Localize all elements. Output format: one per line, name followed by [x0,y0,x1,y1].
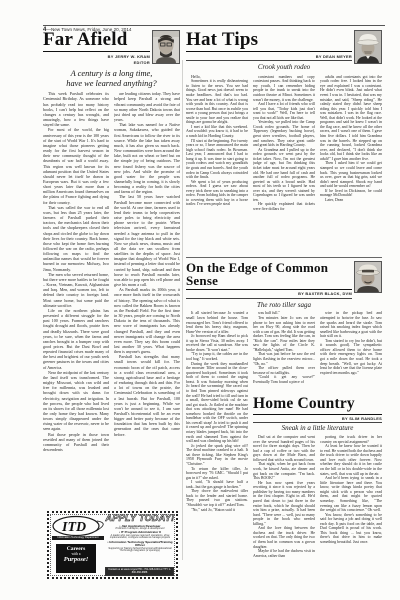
itd-logo-subtext: Information Technology Department [52,536,104,540]
right-column-group: Hat Tips BY DEAN MEYER Crook y [186,30,382,580]
common-sense-section: On the Edge of Common Sense BY BAXTER BL… [186,257,382,580]
far-afield-byline2: EDITOR [43,60,150,65]
hat-tips-title: Hat Tips [186,30,352,49]
job-desc: Supporting & Training School Personnel w… [105,548,175,554]
title-rule [253,414,382,415]
home-country-header: Home Country BY SLIM RANDLES [253,396,382,423]
careers-badge: Careerswith aPurpose! [56,544,96,573]
common-sense-col3: wire in the pickup bed and attempted to … [320,311,382,394]
home-country-section: Home Country BY SLIM RANDLES Sneak in a … [253,396,382,580]
far-afield-headline: A century is a long time, have we learne… [43,69,180,88]
ad-job-item: • IT Program Administrator II A leader w… [105,531,175,540]
home-country-col1: Dad sat at the computer and went over th… [253,435,315,580]
ad-apply-headline: APPLY TODAY! [105,514,175,524]
home-country-title: Home Country [253,396,382,412]
itd-logo-graphic: ITD [52,515,104,537]
black-photo [354,261,382,293]
column-divider [182,60,183,560]
common-sense-title: On the Edge of Common Sense [186,261,352,287]
home-country-col2: porting the truck driver in her country … [320,435,382,580]
common-sense-body: It all started because Jo wanted a small… [186,311,382,580]
ad-right-panel: APPLY TODAY! • .Net Application Develope… [105,514,175,576]
common-sense-col1: It all started because Jo wanted a small… [186,311,248,565]
far-afield-col2: are leading citizens today. They have he… [114,91,180,506]
home-country-body: Dad sat at the computer and went over th… [253,435,382,580]
hat-tips-header: Hat Tips BY DEAN MEYER [186,30,382,61]
kram-portrait-graphic [153,31,179,63]
common-sense-header: On the Edge of Common Sense BY BAXTER BL… [186,261,382,299]
thin-rule [253,422,382,423]
far-afield-title: Far Afield [43,30,150,49]
home-country-headline: Sneak in a little literature [253,425,382,433]
title-rule [186,289,352,290]
hat-tips-col3: adults and contestants got into the yout… [320,75,382,255]
black-portrait-graphic [355,262,381,292]
hat-tips-section: Hat Tips BY DEAN MEYER Crook y [186,30,382,255]
hat-tips-byline: BY DEAN MEYER [186,54,352,59]
common-sense-col2: was half full."Ten minutes later Jo was … [253,311,315,394]
far-afield-body: This week Parshall celebrates its Centen… [43,91,180,506]
common-sense-byline: BY BAXTER BLACK, DVM [186,291,352,296]
ad-contact-bar: Contact us at www.nd.gov/ITD • 701-328-1… [105,567,174,576]
meyer-photo [354,30,382,64]
common-sense-short-cols: was half full."Ten minutes later Jo was … [253,311,382,394]
thin-rule [186,298,352,299]
thin-rule [186,60,352,61]
title-rule [186,51,352,52]
svg-text:ITD: ITD [61,520,86,535]
hat-tips-body: Hello,Sometimes it is really dishearteni… [186,75,382,255]
newspaper-page: 4—New Town News, Friday, June 20, 2014 F… [0,0,400,600]
itd-logo: ITD [52,515,104,537]
common-sense-headline: The roto tiller saga [253,302,315,310]
hat-tips-headline: Crook youth rodeo [253,64,315,72]
section-separator-rule [186,257,382,258]
kram-photo [152,30,180,64]
itd-job-ad: ITD Information Technology Department Ca… [47,511,178,579]
top-rule [43,25,385,26]
home-country-byline: BY SLIM RANDLES [253,416,382,421]
far-afield-section: Far Afield BY JERRY W. KRAM EDITOR A cen… [43,30,180,579]
far-afield-byline: BY JERRY W. KRAM [43,54,150,59]
hat-tips-col1: Hello,Sometimes it is really dishearteni… [186,75,248,255]
meyer-portrait-graphic [355,31,381,63]
hat-tips-col2: contestant numbers and copy contestant p… [253,75,315,255]
ad-job-item: • Information Technology Specialist/Trai… [105,541,175,553]
title-rule [43,51,150,52]
right-sub-group: was half full."Ten minutes later Jo was … [253,311,382,580]
far-afield-col1: This week Parshall celebrates its Centen… [43,91,109,506]
far-afield-header: Far Afield BY JERRY W. KRAM EDITOR [43,30,180,65]
